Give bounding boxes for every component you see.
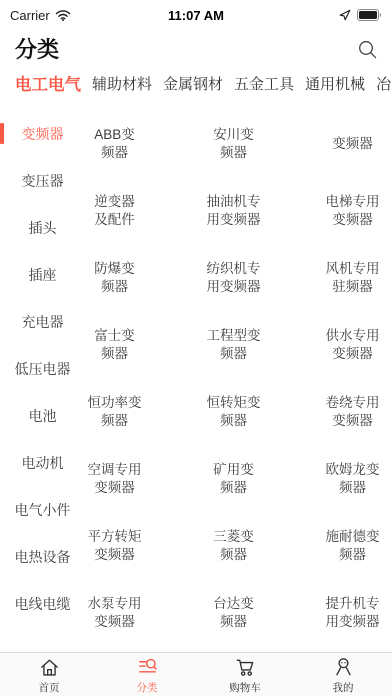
home-icon	[38, 656, 61, 679]
grid-item-bianpinqi[interactable]: 变频器	[293, 110, 392, 177]
subcategory-grid: ABB变频器 安川变频器 变频器 逆变器及配件 抽油机专用变频器 电梯专用变频器…	[55, 110, 392, 646]
grid-item-pingfangzhuanju[interactable]: 平方转矩变频器	[55, 512, 174, 579]
tab-home-label: 首页	[39, 680, 60, 695]
tab-jinshugangcai[interactable]: 金属钢材	[163, 73, 223, 94]
tab-profile[interactable]: 我的	[294, 653, 392, 696]
grid-item-shuibeng[interactable]: 水泵专用变频器	[55, 579, 174, 646]
tab-home[interactable]: 首页	[0, 653, 98, 696]
grid-item-abb[interactable]: ABB变频器	[55, 110, 174, 177]
search-icon[interactable]	[355, 37, 379, 61]
grid-item-gongchengxing[interactable]: 工程型变频器	[174, 311, 293, 378]
grid-item-anchuan[interactable]: 安川变频器	[174, 110, 293, 177]
grid-item-oumulong[interactable]: 欧姆龙变频器	[293, 445, 392, 512]
status-bar: Carrier 11:07 AM	[0, 0, 392, 30]
tab-tongyongjixie[interactable]: 通用机械	[305, 73, 365, 94]
category-search-icon	[136, 656, 159, 679]
tab-categories-label: 分类	[137, 680, 158, 695]
grid-item-sanling[interactable]: 三菱变频器	[174, 512, 293, 579]
cart-icon	[234, 656, 257, 679]
grid-item-fushi[interactable]: 富士变频器	[55, 311, 174, 378]
tab-wujingongju[interactable]: 五金工具	[234, 73, 294, 94]
active-indicator	[0, 123, 4, 144]
category-tab-bar: 电工电气 辅助材料 金属钢材 五金工具 通用机械 冶	[0, 66, 392, 100]
grid-item-nibianqi[interactable]: 逆变器及配件	[55, 177, 174, 244]
grid-item-juanrao[interactable]: 卷绕专用变频器	[293, 378, 392, 445]
grid-item-fangbao[interactable]: 防爆变频器	[55, 244, 174, 311]
grid-item-tishengji[interactable]: 提升机专用变频器	[293, 579, 392, 646]
grid-item-gongshui[interactable]: 供水专用变频器	[293, 311, 392, 378]
carrier-label: Carrier	[10, 8, 50, 23]
grid-item-shinaide[interactable]: 施耐德变频器	[293, 512, 392, 579]
grid-item-taida[interactable]: 台达变频器	[174, 579, 293, 646]
profile-icon	[332, 656, 355, 679]
grid-item-kuangyong[interactable]: 矿用变频器	[174, 445, 293, 512]
tab-diangongdianqi[interactable]: 电工电气	[15, 71, 81, 95]
tab-cart[interactable]: 购物车	[196, 653, 294, 696]
tab-ye[interactable]: 冶	[376, 73, 391, 94]
tab-cart-label: 购物车	[229, 680, 261, 695]
grid-item-henggonglv[interactable]: 恒功率变频器	[55, 378, 174, 445]
grid-item-kongtiao[interactable]: 空调专用变频器	[55, 445, 174, 512]
grid-item-dianti[interactable]: 电梯专用变频器	[293, 177, 392, 244]
grid-item-fangzhiji[interactable]: 纺织机专用变频器	[174, 244, 293, 311]
wifi-icon	[55, 9, 71, 21]
tab-categories[interactable]: 分类	[98, 653, 196, 696]
tab-profile-label: 我的	[333, 680, 354, 695]
grid-item-chouyouji[interactable]: 抽油机专用变频器	[174, 177, 293, 244]
page-title: 分类	[15, 33, 59, 64]
header: 分类	[0, 30, 392, 66]
battery-icon	[357, 9, 382, 21]
tab-fuzhucailiao[interactable]: 辅助材料	[92, 73, 152, 94]
content-area: 变频器 变压器 插头 插座 充电器 低压电器 电池 电动机 电气小件 电热设备 …	[0, 110, 392, 651]
location-arrow-icon	[339, 9, 351, 21]
grid-item-hengzhuanju[interactable]: 恒转矩变频器	[174, 378, 293, 445]
grid-item-fengji[interactable]: 风机专用驻频器	[293, 244, 392, 311]
bottom-tab-bar: 首页 分类 购物车	[0, 652, 392, 696]
